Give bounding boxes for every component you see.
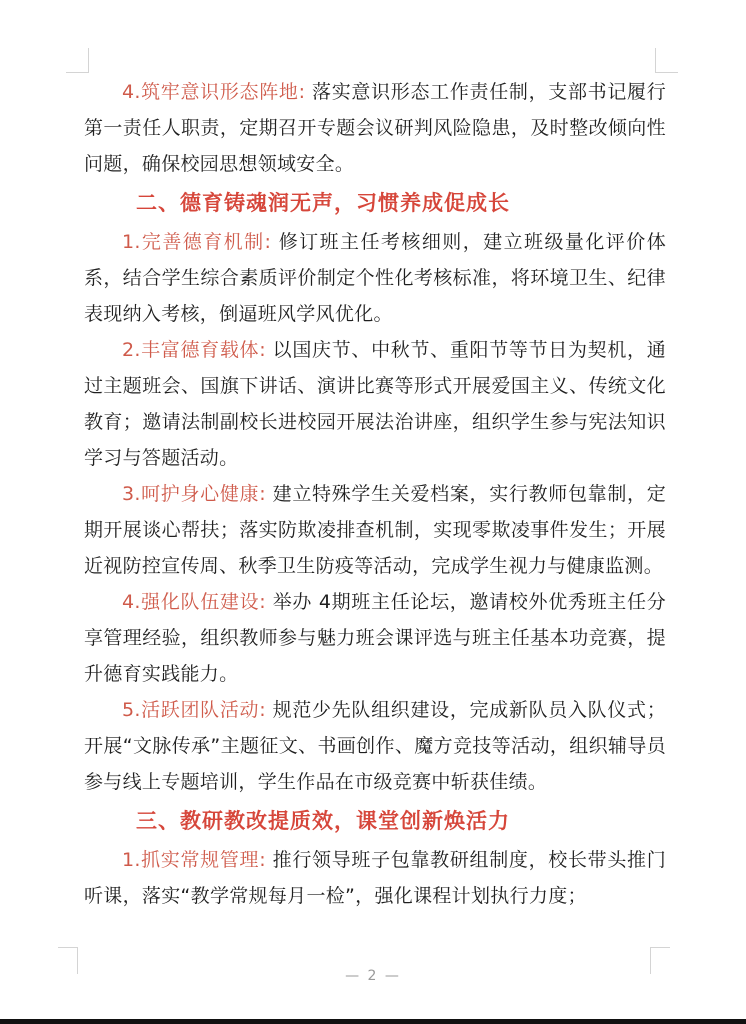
- document-body: 4.筑牢意识形态阵地: 落实意识形态工作责任制，支部书记履行第一责任人职责，定期…: [84, 74, 666, 914]
- paragraph-moral-carriers: 2.丰富德育载体: 以国庆节、中秋节、重阳节等节日为契机，通过主题班会、国旗下讲…: [84, 332, 666, 476]
- paragraph-lead: 4.筑牢意识形态阵地:: [122, 81, 305, 103]
- page-number: — 2 —: [0, 968, 746, 984]
- paragraph-routine-management: 1.抓实常规管理: 推行领导班子包靠教研组制度，校长带头推门听课，落实“教学常规…: [84, 842, 666, 914]
- paragraph-lead: 5.活跃团队活动:: [122, 699, 266, 721]
- paragraph-ideology-position: 4.筑牢意识形态阵地: 落实意识形态工作责任制，支部书记履行第一责任人职责，定期…: [84, 74, 666, 182]
- paragraph-health-care: 3.呵护身心健康: 建立特殊学生关爱档案，实行教师包靠制，定期开展谈心帮扶；落实…: [84, 476, 666, 584]
- paragraph-lead: 1.完善德育机制:: [122, 231, 271, 253]
- paragraph-moral-mechanism: 1.完善德育机制: 修订班主任考核细则，建立班级量化评价体系，结合学生综合素质评…: [84, 224, 666, 332]
- paragraph-lead: 3.呵护身心健康:: [122, 483, 266, 505]
- paragraph-lead: 1.抓实常规管理:: [122, 849, 266, 871]
- bottom-edge-bar: [0, 1019, 746, 1024]
- page-corner-mark-top-left: [66, 48, 89, 73]
- section-heading-moral-education: 二、德育铸魂润无声，习惯养成促成长: [84, 184, 666, 222]
- paragraph-lead: 2.丰富德育载体:: [122, 339, 266, 361]
- paragraph-team-building: 4.强化队伍建设: 举办 4期班主任论坛，邀请校外优秀班主任分享管理经验，组织教…: [84, 584, 666, 692]
- page-corner-mark-top-right: [655, 48, 678, 73]
- paragraph-team-activities: 5.活跃团队活动: 规范少先队组织建设，完成新队员入队仪式；开展“文脉传承”主题…: [84, 692, 666, 800]
- paragraph-lead: 4.强化队伍建设:: [122, 591, 266, 613]
- section-heading-teaching-research: 三、教研教改提质效，课堂创新焕活力: [84, 802, 666, 840]
